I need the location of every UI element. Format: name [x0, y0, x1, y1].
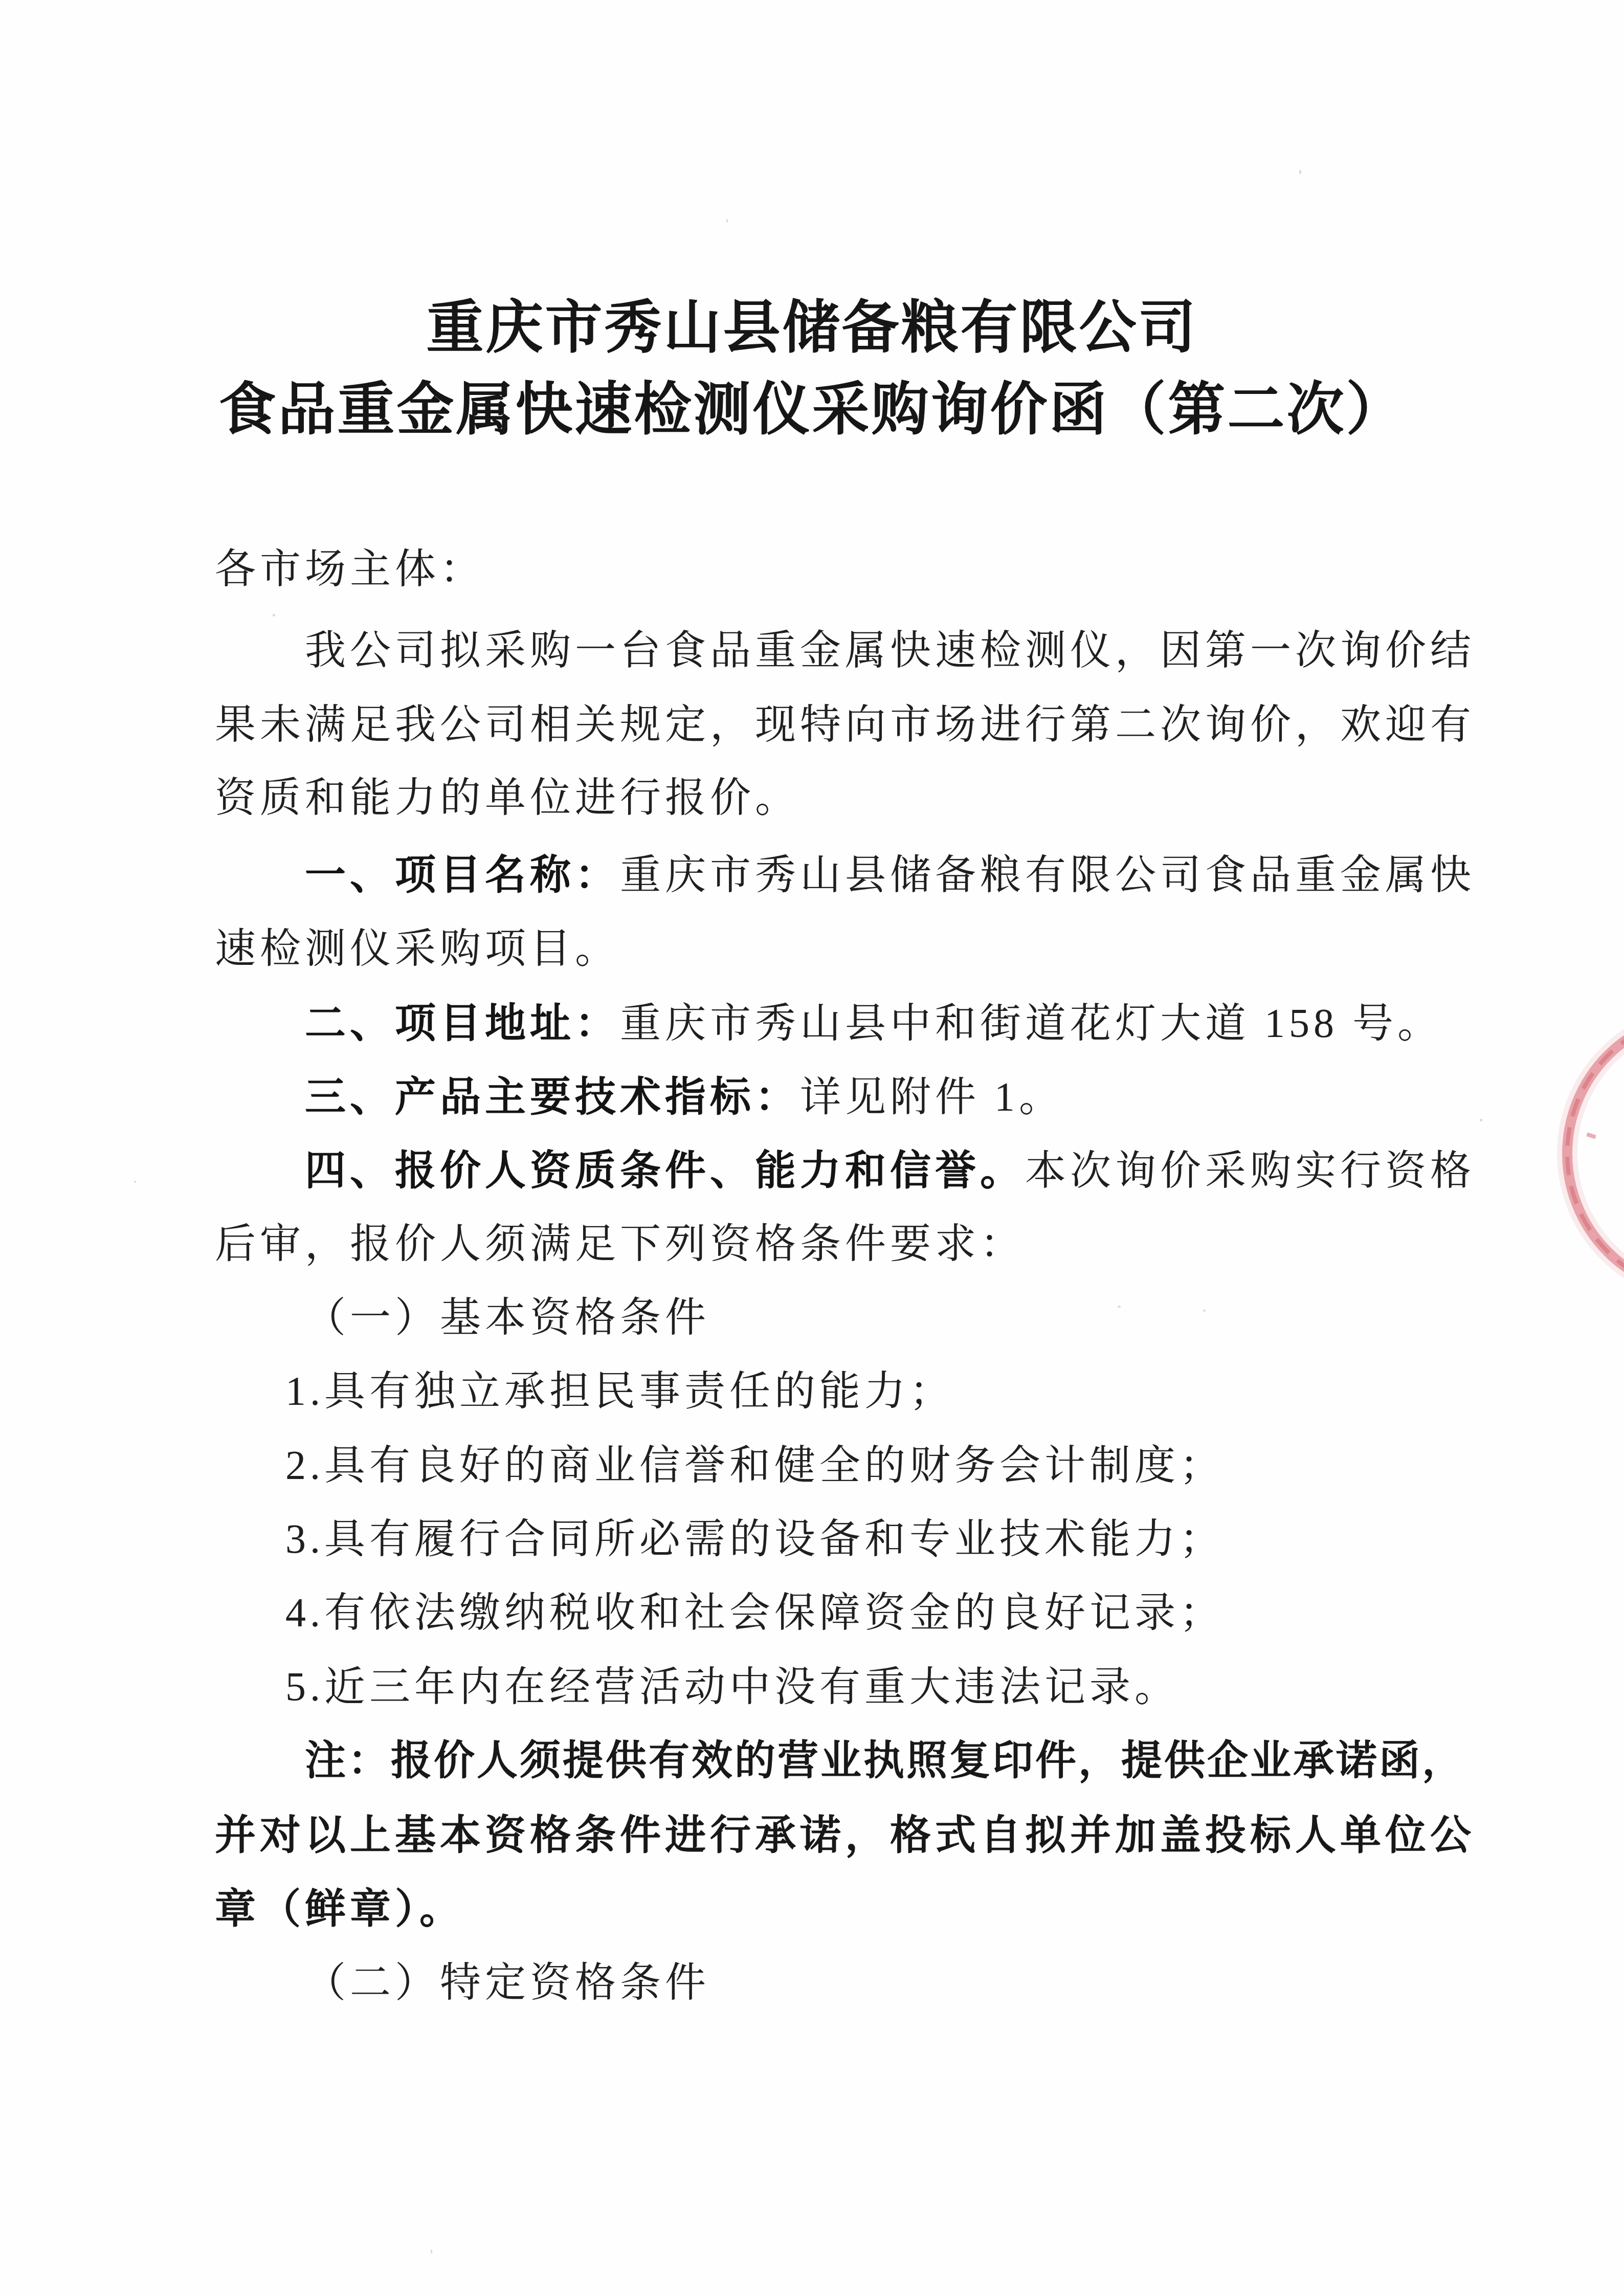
note-line-1-run-1: 注：报价人须提供有效的营业执照复印件，提供企业承诺函， — [305, 1738, 1465, 1783]
condition-4-run-1: 4.有依法缴纳税收和社会保障资金的良好记录； — [285, 1591, 1225, 1636]
section-2-run-1: 二、项目地址： — [305, 1000, 620, 1046]
scan-speck — [431, 2249, 432, 2254]
condition-3-run-1: 3.具有履行合同所必需的设备和专业技术能力； — [285, 1517, 1225, 1562]
note-line-3-run-1: 章（鲜章）。 — [215, 1887, 464, 1932]
section-2: 二、项目地址：重庆市秀山县中和街道花灯大道 158 号。 — [215, 1000, 1504, 1047]
salutation-run-1: 各市场主体： — [215, 547, 485, 592]
section-4-line-2: 后审，报价人须满足下列资格条件要求： — [215, 1221, 1504, 1267]
section-3: 三、产品主要技术指标：详见附件 1。 — [215, 1074, 1504, 1120]
scan-speck — [1118, 1306, 1121, 1308]
doc-title-line-1: 重庆市秀山县储备粮有限公司 — [0, 298, 1624, 359]
document-page: 重庆市秀山县储备粮有限公司 食品重金属快速检测仪采购询价函（第二次） 各市场主体… — [0, 0, 1624, 2296]
subsection-2-heading: （二）特定资格条件 — [215, 1960, 1504, 2006]
note-line-1: 注：报价人须提供有效的营业执照复印件，提供企业承诺函， — [215, 1738, 1504, 1784]
section-4-line-1-run-2: 本次询价采购实行资格 — [1025, 1149, 1475, 1194]
condition-5-run-1: 5.近三年内在经营活动中没有重大违法记录。 — [285, 1665, 1180, 1710]
intro-line-2-run-1: 果未满足我公司相关规定，现特向市场进行第二次询价，欢迎有 — [215, 702, 1475, 747]
note-line-2-run-1: 并对以上基本资格条件进行承诺，格式自拟并加盖投标人单位公 — [215, 1813, 1475, 1858]
section-3-run-1: 三、产品主要技术指标： — [305, 1074, 800, 1119]
section-4-line-2-run-1: 后审，报价人须满足下列资格条件要求： — [215, 1222, 1025, 1267]
intro-line-3-run-1: 资质和能力的单位进行报价。 — [215, 776, 800, 821]
intro-line-1-run-1: 我公司拟采购一台食品重金属快速检测仪，因第一次询价结 — [305, 628, 1475, 673]
scan-speck — [1480, 1119, 1482, 1121]
scan-speck — [1299, 170, 1301, 174]
section-1-line-1-run-1: 一、项目名称： — [305, 852, 620, 897]
section-3-run-2: 详见附件 1。 — [800, 1075, 1064, 1120]
scan-speck — [273, 614, 275, 616]
condition-2-run-1: 2.具有良好的商业信誉和健全的财务会计制度； — [285, 1443, 1225, 1488]
salutation: 各市场主体： — [215, 546, 1504, 592]
section-1-line-2: 速检测仪采购项目。 — [215, 926, 1504, 972]
subsection-1-heading-run-1: （一）基本资格条件 — [305, 1295, 710, 1340]
scan-speck — [1203, 1310, 1206, 1312]
intro-line-2: 果未满足我公司相关规定，现特向市场进行第二次询价，欢迎有 — [215, 702, 1504, 748]
intro-line-3: 资质和能力的单位进行报价。 — [215, 775, 1504, 821]
condition-1: 1.具有独立承担民事责任的能力； — [215, 1368, 1504, 1415]
section-2-run-2: 重庆市秀山县中和街道花灯大道 158 号。 — [620, 1001, 1442, 1046]
section-1-line-1: 一、项目名称：重庆市秀山县储备粮有限公司食品重金属快 — [215, 852, 1504, 898]
condition-2: 2.具有良好的商业信誉和健全的财务会计制度； — [215, 1443, 1504, 1489]
section-4-line-1-run-1: 四、报价人资质条件、能力和信誉。 — [305, 1147, 1025, 1193]
note-line-3: 章（鲜章）。 — [215, 1886, 1504, 1932]
condition-1-run-1: 1.具有独立承担民事责任的能力； — [285, 1369, 954, 1414]
condition-4: 4.有依法缴纳税收和社会保障资金的良好记录； — [215, 1590, 1504, 1636]
section-1-line-2-run-1: 速检测仪采购项目。 — [215, 926, 620, 972]
scan-speck — [726, 219, 728, 223]
doc-title-line-2: 食品重金属快速检测仪采购询价函（第二次） — [0, 380, 1624, 440]
scan-speck — [134, 1181, 136, 1183]
section-4-line-1: 四、报价人资质条件、能力和信誉。本次询价采购实行资格 — [215, 1147, 1504, 1194]
condition-3: 3.具有履行合同所必需的设备和专业技术能力； — [215, 1516, 1504, 1562]
subsection-1-heading: （一）基本资格条件 — [215, 1295, 1504, 1341]
condition-5: 5.近三年内在经营活动中没有重大违法记录。 — [215, 1664, 1504, 1710]
section-1-line-1-run-2: 重庆市秀山县储备粮有限公司食品重金属快 — [620, 853, 1475, 898]
note-line-2: 并对以上基本资格条件进行承诺，格式自拟并加盖投标人单位公 — [215, 1813, 1504, 1859]
intro-line-1: 我公司拟采购一台食品重金属快速检测仪，因第一次询价结 — [215, 628, 1504, 674]
subsection-2-heading-run-1: （二）特定资格条件 — [305, 1960, 710, 2005]
